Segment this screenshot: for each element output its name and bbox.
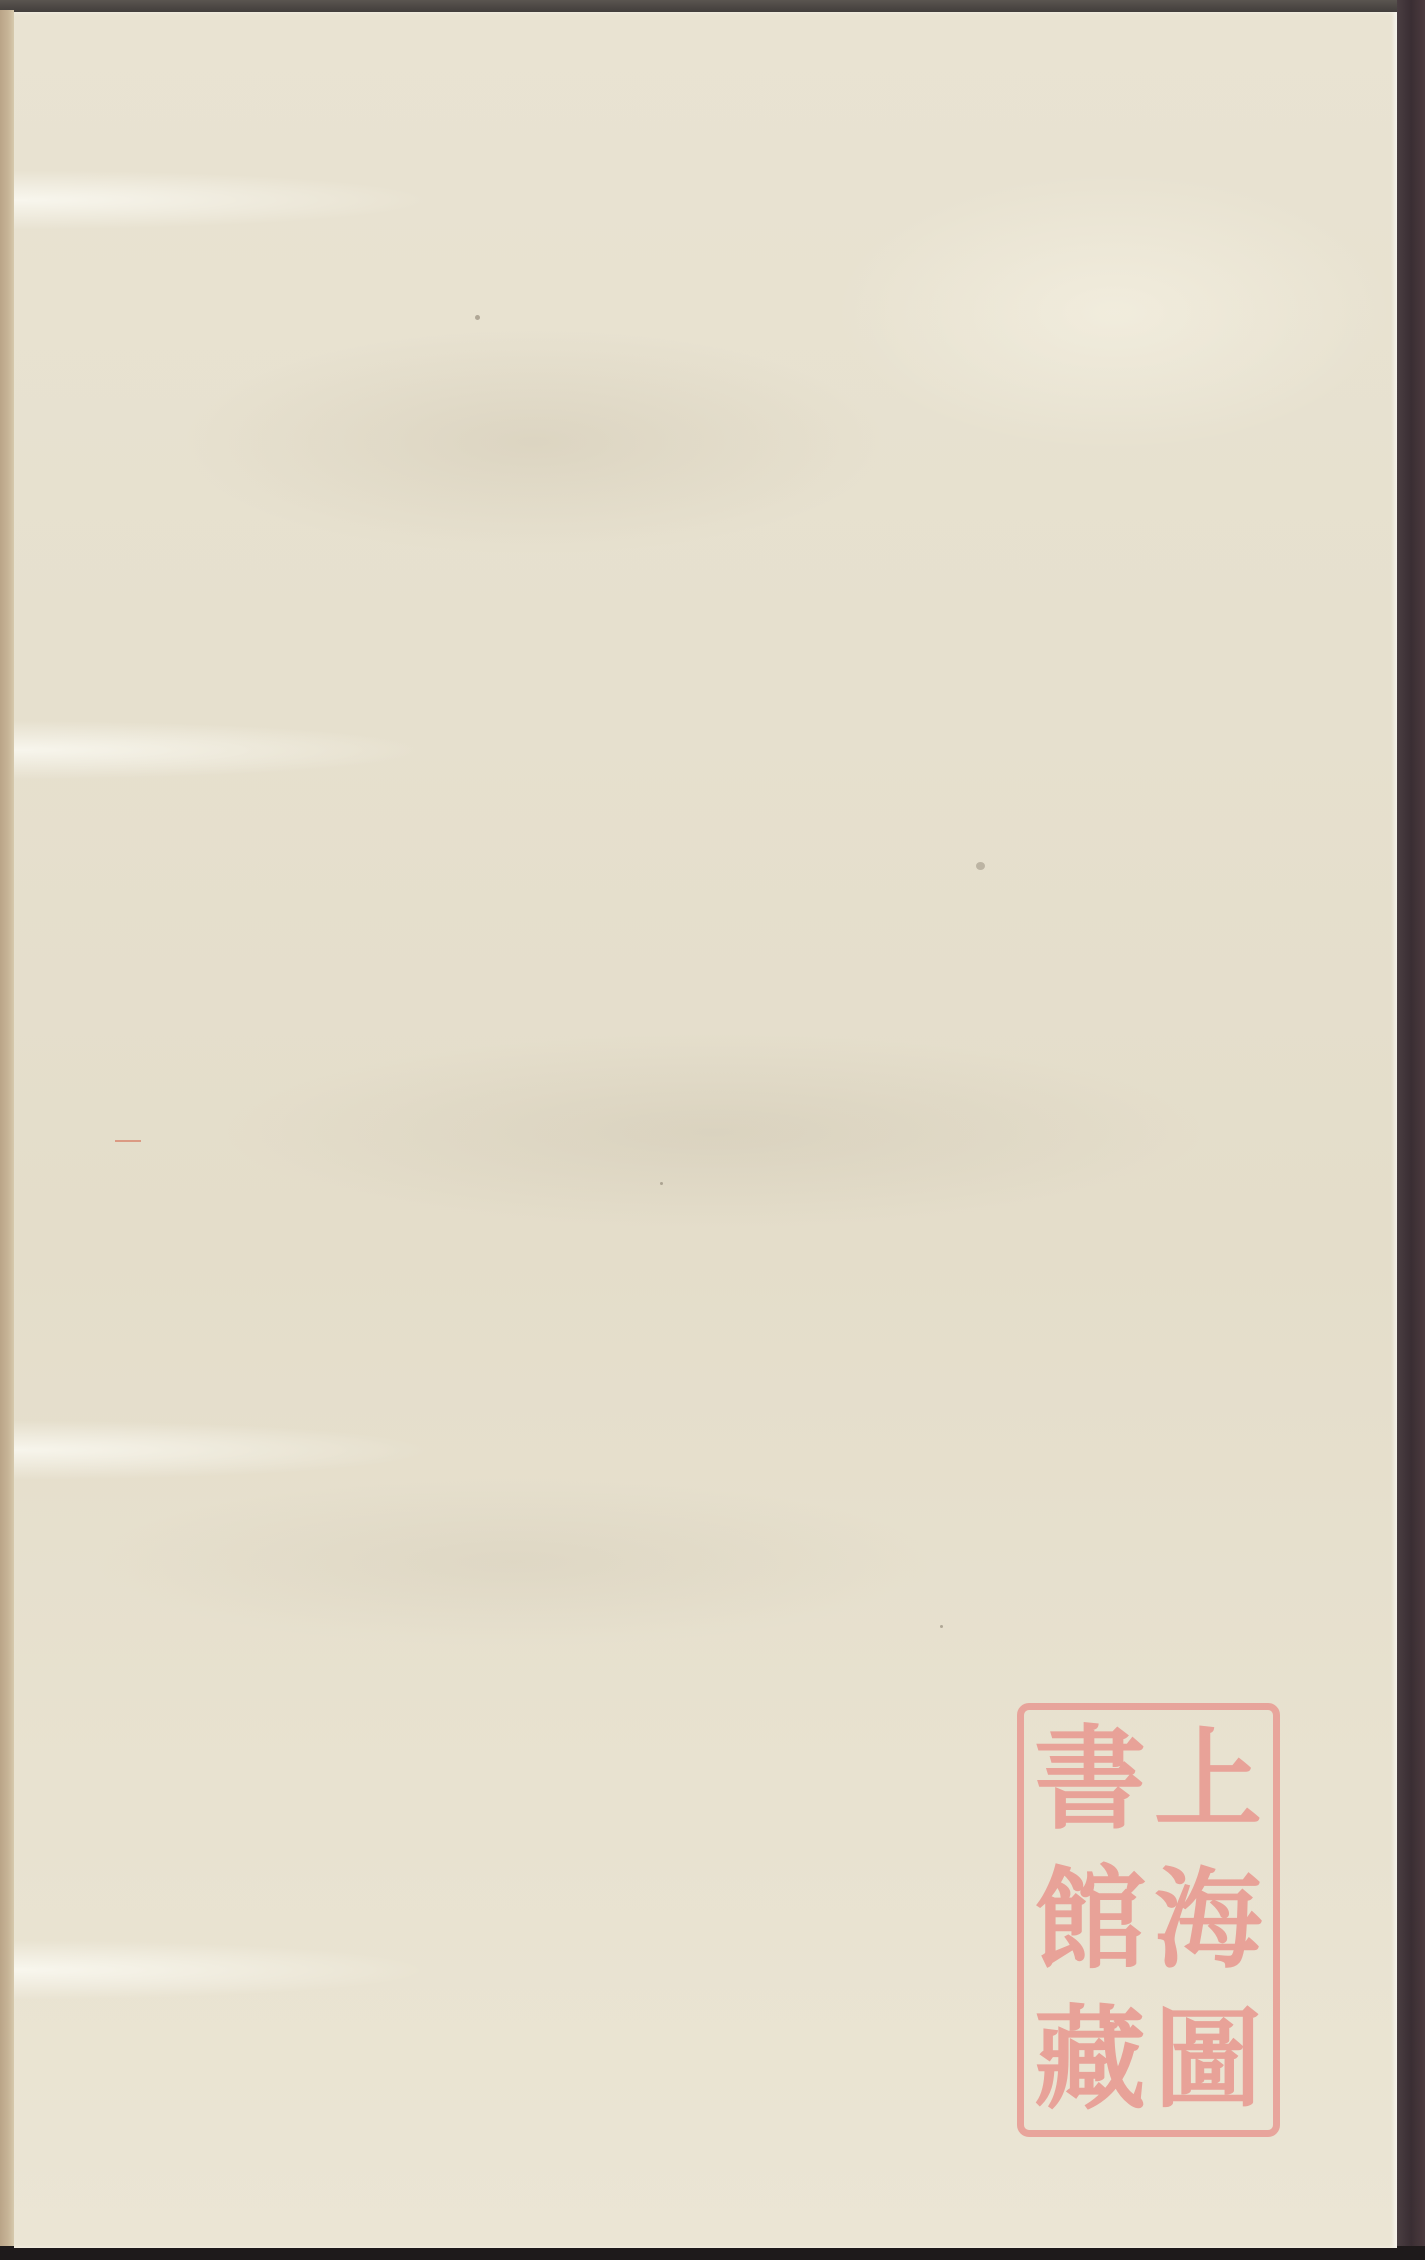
paper-fold xyxy=(14,720,434,780)
paper-fold xyxy=(14,1940,434,2000)
book-binding-edge xyxy=(0,10,14,2246)
paper-fold xyxy=(14,1420,434,1480)
seal-char: 海 xyxy=(1154,1866,1262,1974)
seal-char: 圖 xyxy=(1154,2006,1262,2114)
ink-mark xyxy=(115,1140,141,1142)
seal-char: 上 xyxy=(1154,1726,1262,1834)
scan-right-edge xyxy=(1397,0,1425,2260)
paper-fold xyxy=(14,170,434,230)
seal-char: 館 xyxy=(1034,1864,1146,1976)
seal-char: 藏 xyxy=(1034,2004,1146,2116)
paper-speck xyxy=(660,1182,663,1185)
library-seal: 上 海 圖 書 館 藏 xyxy=(1017,1703,1280,2137)
seal-char: 書 xyxy=(1034,1724,1146,1836)
paper-speck xyxy=(475,315,480,320)
seal-left-column: 書 館 藏 xyxy=(1030,1710,1150,2130)
paper-speck xyxy=(976,862,985,870)
paper-speck xyxy=(940,1625,943,1628)
scan-bottom-edge xyxy=(0,2246,1425,2260)
seal-right-column: 上 海 圖 xyxy=(1153,1710,1263,2130)
